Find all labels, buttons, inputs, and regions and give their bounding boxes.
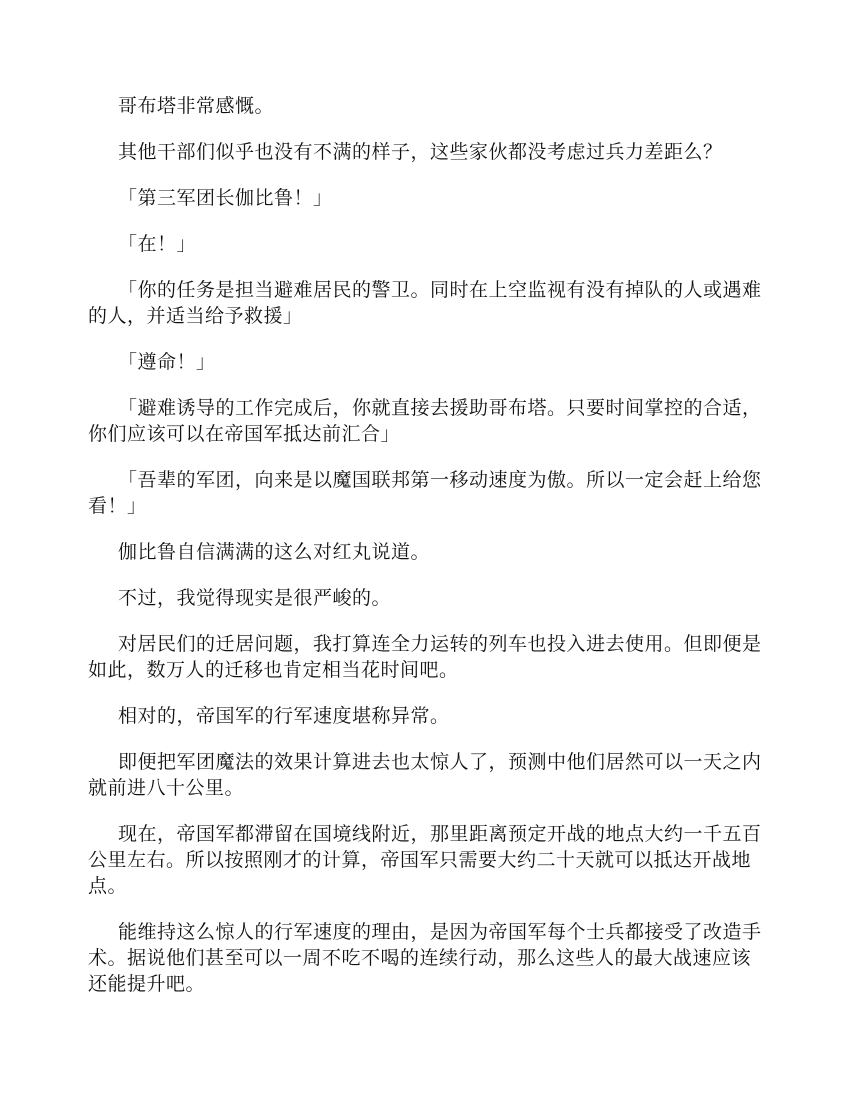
- paragraph-15: 能维持这么惊人的行军速度的理由，是因为帝国军每个士兵都接受了改造手术。据说他们甚…: [88, 920, 762, 998]
- paragraph-10: 不过，我觉得现实是很严峻的。: [88, 586, 762, 612]
- paragraph-7: 「避难诱导的工作完成后，你就直接去援助哥布塔。只要时间掌控的合适，你们应该可以在…: [88, 396, 762, 448]
- paragraph-12: 相对的，帝国军的行军速度堪称异常。: [88, 704, 762, 730]
- paragraph-4: 「在！」: [88, 232, 762, 258]
- paragraph-13: 即便把军团魔法的效果计算进去也太惊人了，预测中他们居然可以一天之内就前进八十公里…: [88, 750, 762, 802]
- paragraph-14: 现在，帝国军都滞留在国境线附近，那里距离预定开战的地点大约一千五百公里左右。所以…: [88, 822, 762, 900]
- novel-text-page: 哥布塔非常感慨。 其他干部们似乎也没有不满的样子，这些家伙都没考虑过兵力差距么？…: [0, 0, 850, 1100]
- paragraph-2: 其他干部们似乎也没有不满的样子，这些家伙都没考虑过兵力差距么？: [88, 140, 762, 166]
- paragraph-8: 「吾辈的军团，向来是以魔国联邦第一移动速度为傲。所以一定会赶上给您看！」: [88, 468, 762, 520]
- paragraph-6: 「遵命！」: [88, 350, 762, 376]
- paragraph-5: 「你的任务是担当避难居民的警卫。同时在上空监视有没有掉队的人或遇难的人，并适当给…: [88, 278, 762, 330]
- paragraph-1: 哥布塔非常感慨。: [88, 94, 762, 120]
- paragraph-11: 对居民们的迁居问题，我打算连全力运转的列车也投入进去使用。但即便是如此，数万人的…: [88, 632, 762, 684]
- paragraph-9: 伽比鲁自信满满的这么对红丸说道。: [88, 540, 762, 566]
- paragraph-3: 「第三军团长伽比鲁！」: [88, 186, 762, 212]
